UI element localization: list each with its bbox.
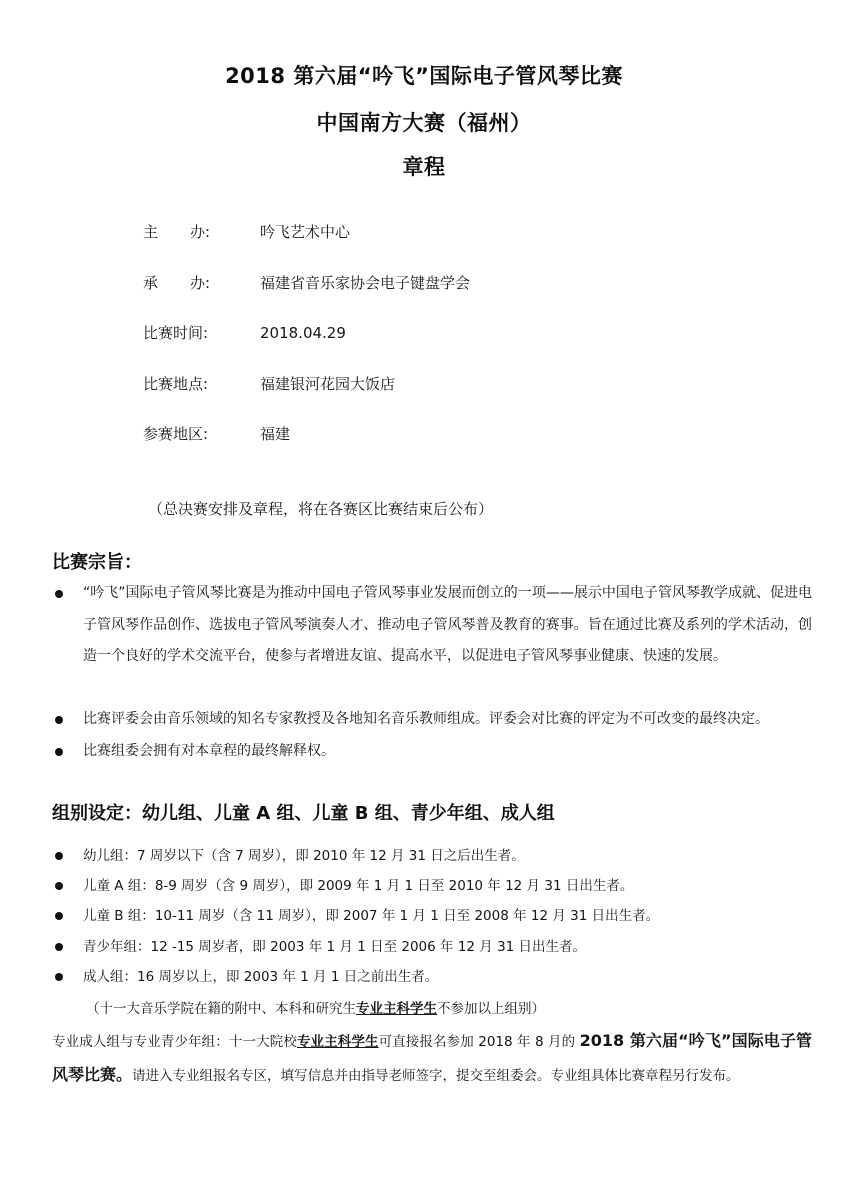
bullet-dot-icon bbox=[55, 973, 63, 981]
info-value-region: 福建 bbox=[260, 423, 290, 445]
document-title-line-1: 2018 第六届“吟飞”国际电子管风琴比赛 bbox=[0, 60, 848, 90]
group-bullet-child-b: 儿童 B 组：10-11 周岁（含 11 周岁），即 2007 年 1 月 1 … bbox=[52, 906, 659, 926]
purpose-bullet: 比赛组委会拥有对本章程的最终解释权。 bbox=[52, 736, 812, 768]
info-label-host: 主办: bbox=[143, 221, 253, 243]
group-bullet-toddler: 幼儿组：7 周岁以下（含 7 周岁），即 2010 年 12 月 31 日之后出… bbox=[52, 846, 525, 866]
info-value-date: 2018.04.29 bbox=[260, 322, 346, 344]
professional-group-paragraph: 专业成人组与专业青少年组：十一大院校专业主科学生可直接报名参加 2018 年 8… bbox=[52, 1025, 812, 1092]
bullet-dot-icon bbox=[55, 943, 63, 951]
document-title-line-2: 中国南方大赛（福州） bbox=[0, 107, 848, 137]
bullet-dot-icon bbox=[55, 882, 63, 890]
bullet-dot-icon bbox=[55, 852, 63, 860]
emphasis-major-students: 专业主科学生 bbox=[356, 1001, 437, 1017]
group-bullet-youth: 青少年组：12 -15 周岁者，即 2003 年 1 月 1 日至 2006 年… bbox=[52, 937, 586, 957]
info-label-region: 参赛地区: bbox=[143, 423, 253, 445]
document-title-line-3: 章程 bbox=[0, 151, 848, 181]
emphasis-major-students: 专业主科学生 bbox=[297, 1034, 379, 1050]
finals-note: （总决赛安排及章程，将在各赛区比赛结束后公布） bbox=[148, 498, 493, 519]
exclusion-note: （十一大音乐学院在籍的附中、本科和研究生专业主科学生不参加以上组别） bbox=[86, 997, 545, 1017]
group-bullet-adult: 成人组：16 周岁以上，即 2003 年 1 月 1 日之前出生者。 bbox=[52, 967, 438, 987]
info-label-venue: 比赛地点: bbox=[143, 373, 253, 395]
purpose-heading: 比赛宗旨： bbox=[52, 548, 142, 574]
info-value-venue: 福建银河花园大饭店 bbox=[260, 373, 395, 395]
info-label-date: 比赛时间: bbox=[143, 322, 253, 344]
purpose-bullet: “吟飞”国际电子管风琴比赛是为推动中国电子管风琴事业发展而创立的一项——展示中国… bbox=[52, 578, 812, 673]
bullet-dot-icon bbox=[55, 748, 63, 756]
bullet-dot-icon bbox=[55, 716, 63, 724]
purpose-bullet: 比赛评委会由音乐领域的知名专家教授及各地知名音乐教师组成。评委会对比赛的评定为不… bbox=[52, 704, 812, 736]
info-value-host: 吟飞艺术中心 bbox=[260, 221, 350, 243]
info-value-organizer: 福建省音乐家协会电子键盘学会 bbox=[260, 272, 470, 294]
group-bullet-child-a: 儿童 A 组：8-9 周岁（含 9 周岁），即 2009 年 1 月 1 日至 … bbox=[52, 876, 633, 896]
document-page: 2018 第六届“吟飞”国际电子管风琴比赛 中国南方大赛（福州） 章程 主办: … bbox=[0, 0, 848, 1200]
bullet-dot-icon bbox=[55, 912, 63, 920]
groups-heading: 组别设定：幼儿组、儿童 A 组、儿童 B 组、青少年组、成人组 bbox=[52, 799, 555, 825]
bullet-dot-icon bbox=[55, 590, 63, 598]
info-label-organizer: 承办: bbox=[143, 272, 253, 294]
